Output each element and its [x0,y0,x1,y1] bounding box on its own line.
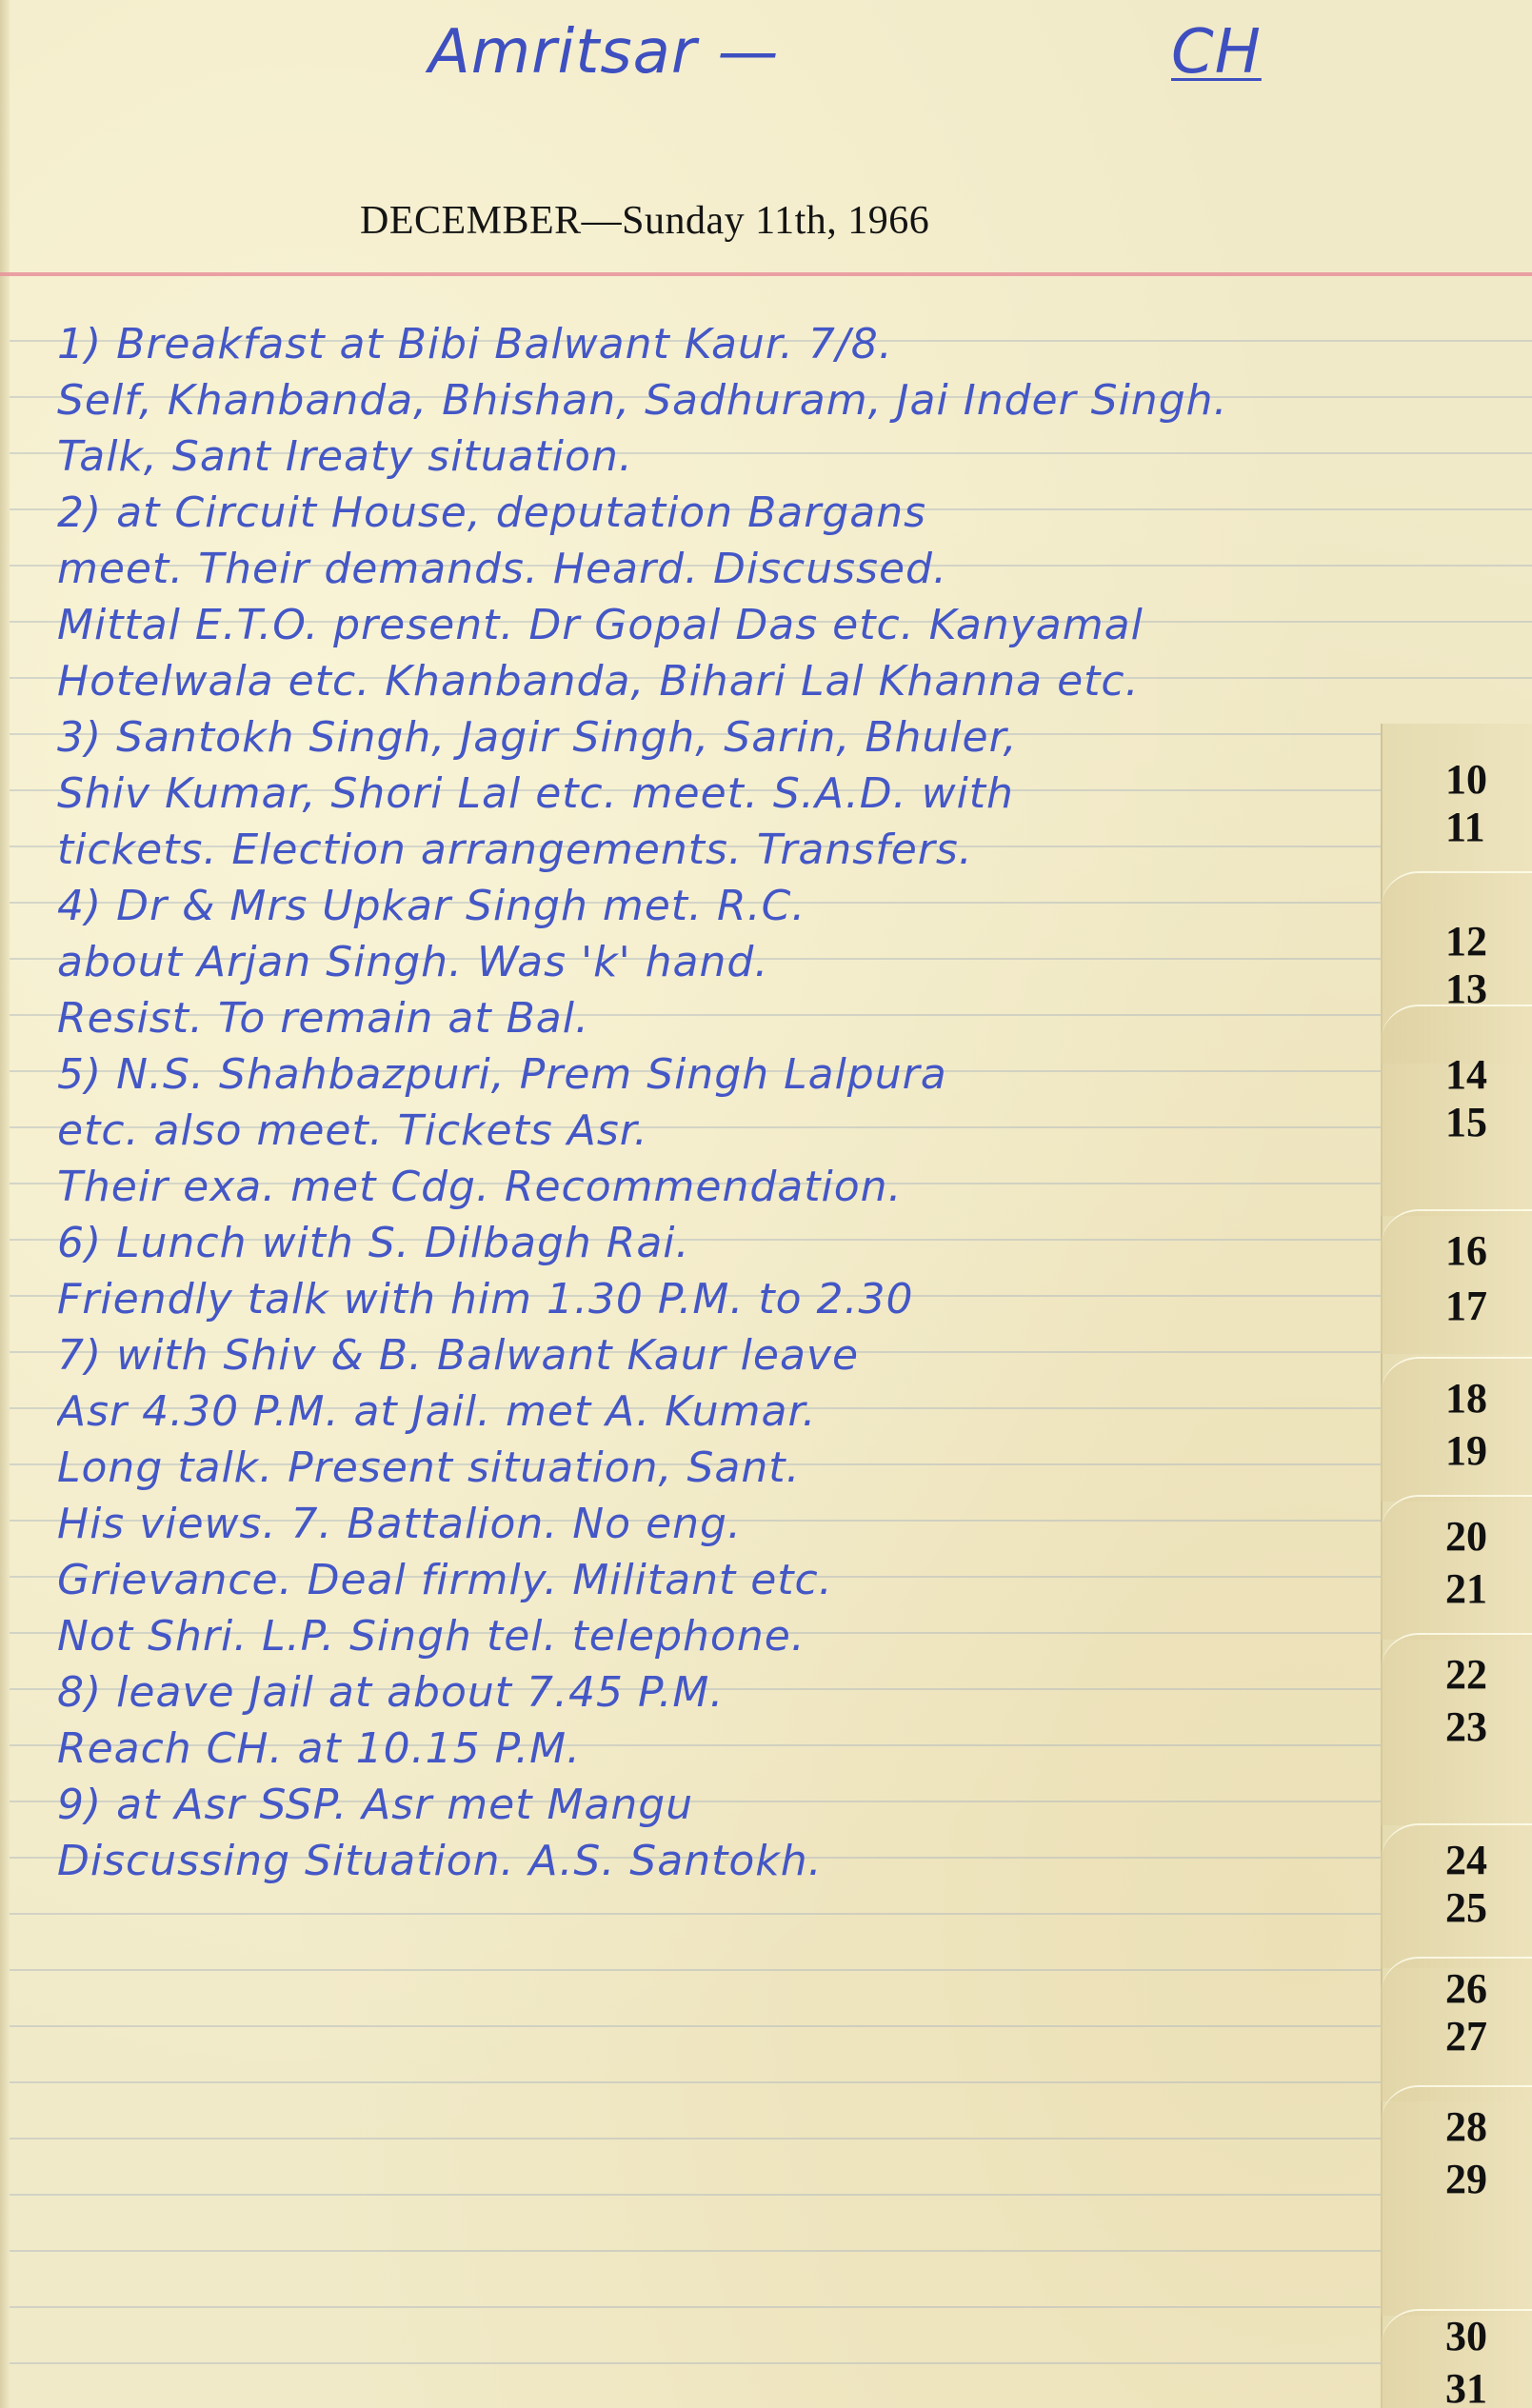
entry-line: 6) Lunch with S. Dilbagh Rai. [57,1215,1371,1271]
entry-line: Resist. To remain at Bal. [57,990,1371,1046]
day-number: 19 [1445,1428,1522,1474]
entry-line: Discussing Situation. A.S. Santokh. [57,1833,1371,1889]
page-binding-edge [0,0,10,2408]
day-number: 22 [1445,1652,1522,1698]
entry-line: Not Shri. L.P. Singh tel. telephone. [57,1608,1371,1664]
day-number: 21 [1445,1566,1522,1612]
entry-line: tickets. Election arrangements. Transfer… [57,822,1371,878]
day-number: 28 [1445,2104,1522,2150]
day-number: 12 [1445,919,1522,965]
day-number: 16 [1445,1228,1522,1274]
day-number: 15 [1445,1100,1522,1145]
entry-line: etc. also meet. Tickets Asr. [57,1103,1371,1159]
day-number: 31 [1445,2366,1522,2408]
red-header-rule [0,272,1532,276]
entry-line: Reach CH. at 10.15 P.M. [57,1721,1371,1777]
day-number: 20 [1445,1514,1522,1560]
day-number: 27 [1445,2014,1522,2060]
day-number: 26 [1445,1966,1522,2012]
entry-line: 8) leave Jail at about 7.45 P.M. [57,1664,1371,1721]
entry-line: 7) with Shiv & B. Balwant Kaur leave [57,1327,1371,1383]
entry-line: 1) Breakfast at Bibi Balwant Kaur. 7/8. [57,316,1371,372]
entry-line: Their exa. met Cdg. Recommendation. [57,1159,1371,1215]
day-number: 11 [1445,805,1522,850]
day-number: 18 [1445,1376,1522,1422]
entry-line: 4) Dr & Mrs Upkar Singh met. R.C. [57,878,1371,934]
entry-line: Asr 4.30 P.M. at Jail. met A. Kumar. [57,1383,1371,1440]
entry-line: Hotelwala etc. Khanbanda, Bihari Lal Kha… [57,653,1371,709]
handwritten-place-note: Amritsar — [428,17,780,88]
day-number: 17 [1445,1284,1522,1329]
day-number: 14 [1445,1052,1522,1098]
entry-line: Grievance. Deal firmly. Militant etc. [57,1552,1371,1608]
entry-line: meet. Their demands. Heard. Discussed. [57,541,1371,597]
day-number: 24 [1445,1838,1522,1883]
printed-date-header: DECEMBER—Sunday 11th, 1966 [360,198,929,244]
handwritten-ch-note: CH [1171,17,1262,88]
day-number: 13 [1445,966,1522,1012]
entry-line: 9) at Asr SSP. Asr met Mangu [57,1777,1371,1833]
day-number: 10 [1445,757,1522,803]
entry-line: His views. 7. Battalion. No eng. [57,1496,1371,1552]
entry-line: 2) at Circuit House, deputation Bargans [57,485,1371,541]
entry-line: Friendly talk with him 1.30 P.M. to 2.30 [57,1271,1371,1327]
day-number: 23 [1445,1704,1522,1750]
day-number: 30 [1445,2314,1522,2359]
day-number: 25 [1445,1885,1522,1931]
entry-line: Talk, Sant Ireaty situation. [57,428,1371,485]
handwritten-entries: 1) Breakfast at Bibi Balwant Kaur. 7/8. … [57,316,1371,1889]
entry-line: Shiv Kumar, Shori Lal etc. meet. S.A.D. … [57,766,1371,822]
entry-line: 5) N.S. Shahbazpuri, Prem Singh Lalpura [57,1046,1371,1103]
diary-page: Amritsar — CH DECEMBER—Sunday 11th, 1966… [0,0,1532,2408]
entry-line: Mittal E.T.O. present. Dr Gopal Das etc.… [57,597,1371,653]
entry-line: Long talk. Present situation, Sant. [57,1440,1371,1496]
entry-line: 3) Santokh Singh, Jagir Singh, Sarin, Bh… [57,709,1371,766]
entry-line: Self, Khanbanda, Bhishan, Sadhuram, Jai … [57,372,1371,428]
day-number: 29 [1445,2157,1522,2202]
entry-line: about Arjan Singh. Was 'k' hand. [57,934,1371,990]
